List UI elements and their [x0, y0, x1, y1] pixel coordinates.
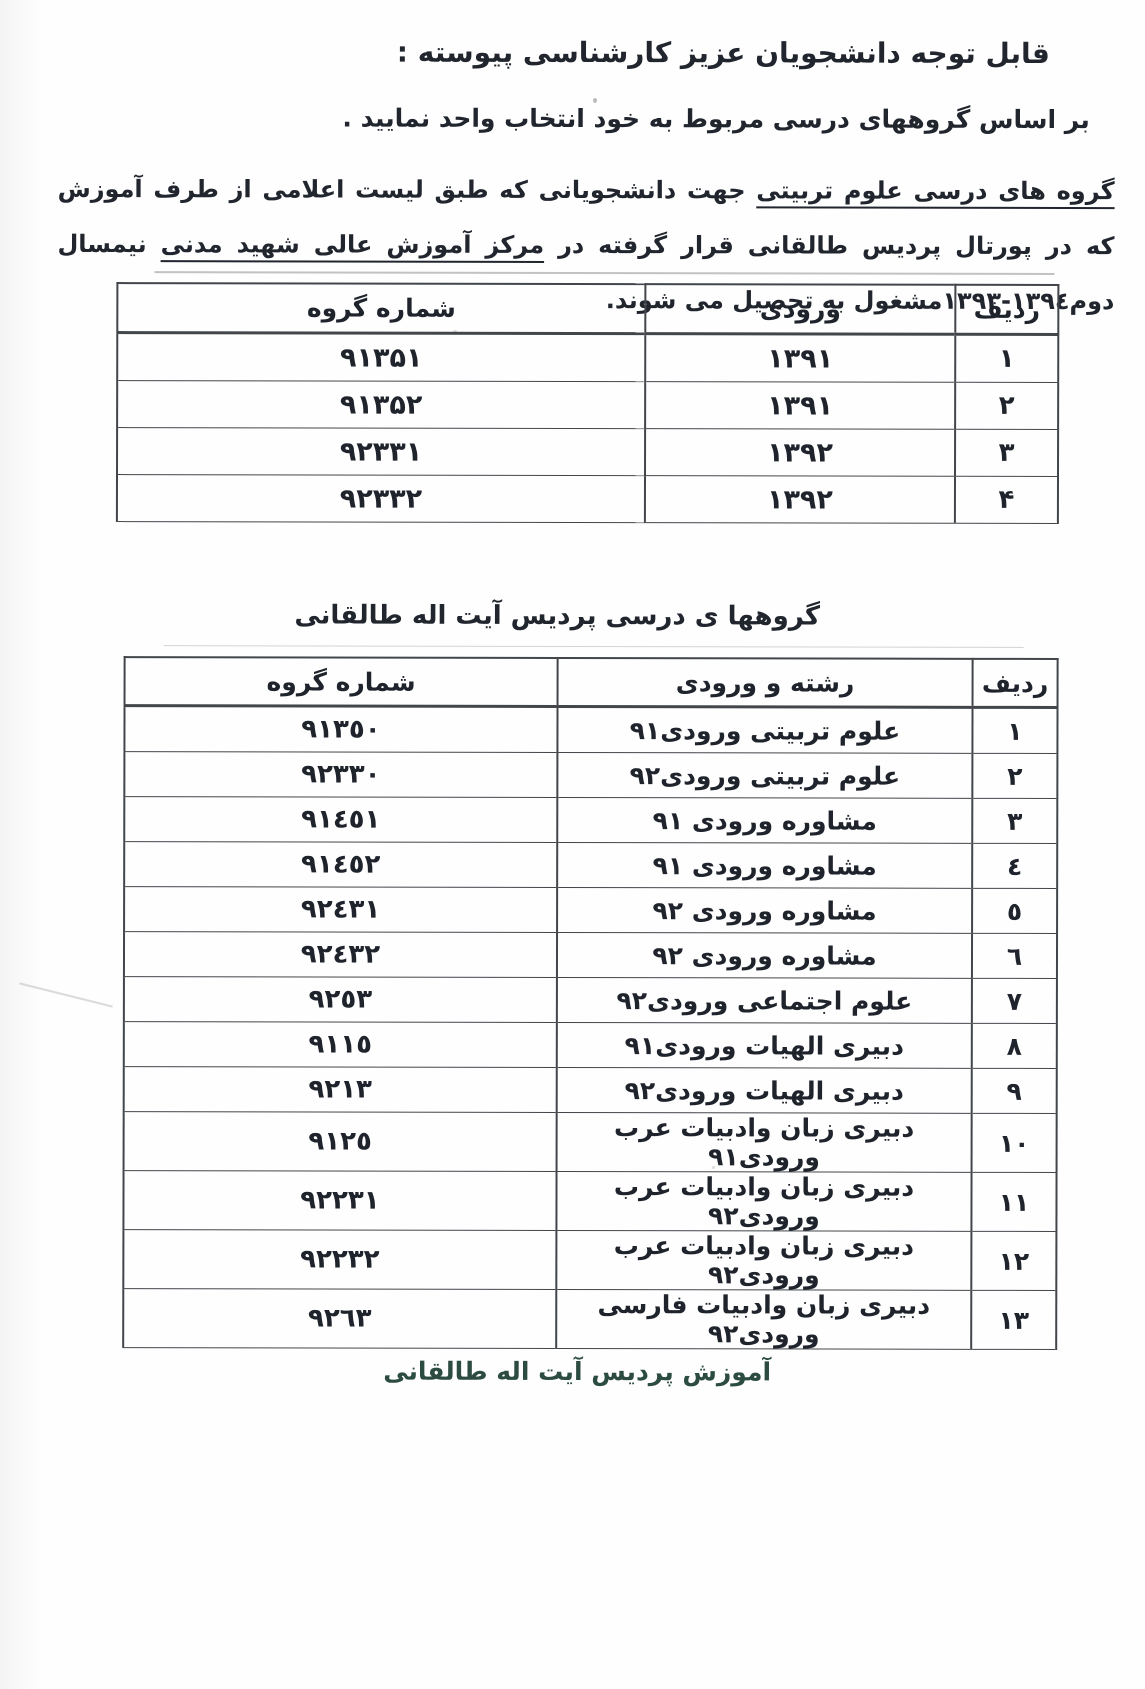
scanned-document-page: قابل توجه دانشجویان عزیز کارشناسی پیوسته… — [0, 0, 1145, 1689]
table-row: ۴ ۱۳۹۲ ۹۲۳۳۲ — [117, 475, 1058, 524]
table-row: ١٠ دبیری زبان وادبیات عرب ورودی۹۱ ٩١٢٥ — [124, 1112, 1057, 1173]
major-entry-cell: علوم تربیتی ورودی۹۱ — [557, 706, 972, 753]
header-row-number: ردیف — [973, 659, 1058, 708]
major-entry-cell: علوم اجتماعی ورودی۹۲ — [557, 977, 972, 1023]
header-row-number: ردیف — [955, 285, 1058, 335]
row-number-cell: ۲ — [955, 382, 1058, 429]
major-entry-cell: دبیری زبان وادبیات فارسی ورودی۹۲ — [556, 1289, 971, 1349]
row-number-cell: ٩ — [972, 1068, 1057, 1113]
row-number-cell: ٢ — [972, 753, 1057, 798]
header-group-number: شماره گروه — [117, 283, 645, 334]
table-header-row: ردیف ورودی شماره گروه — [117, 283, 1058, 334]
major-entry-cell: دبیری زبان وادبیات عرب ورودی۹۲ — [556, 1230, 971, 1290]
table-row: ٥ مشاوره ورودی ۹۲ ٩٢٤٣١ — [124, 887, 1057, 934]
group-number-cell: ٩٢٦٣ — [123, 1289, 556, 1349]
campus-groups-heading: گروهها ی درسی پردیس آیت اله طالقانی — [0, 600, 1116, 632]
group-number-cell: ۹۱۳۵۱ — [117, 333, 645, 382]
group-number-cell: ٩٢٣٣٠ — [124, 752, 557, 798]
entry-year-cell: ۱۳۹۲ — [645, 429, 955, 477]
header-group-number: شماره گروه — [125, 657, 558, 706]
group-number-cell: ٩٢٤٣١ — [124, 887, 557, 933]
table-row: ٢ علوم تربیتی ورودی۹۲ ٩٢٣٣٠ — [124, 752, 1057, 799]
group-number-cell: ۹۲۳۳۲ — [117, 475, 645, 523]
row-number-cell: ٤ — [972, 843, 1057, 888]
row-number-cell: ١٠ — [972, 1113, 1057, 1172]
major-entry-cell: مشاوره ورودی ۹۱ — [557, 842, 972, 888]
row-number-cell: ١٣ — [971, 1290, 1056, 1349]
table-row: ٩ دبیری الهیات ورودی۹۲ ٩٢١٣ — [124, 1067, 1057, 1114]
row-number-cell: ٥ — [972, 888, 1057, 933]
table-row: ٦ مشاوره ورودی ۹۲ ٩٢٤٣٢ — [124, 932, 1057, 979]
table-row: ٨ دبیری الهیات ورودی۹۱ ٩١١٥ — [124, 1022, 1057, 1069]
row-number-cell: ۴ — [955, 476, 1058, 523]
row-number-cell: ١١ — [971, 1172, 1056, 1231]
header-major-entry: رشته و ورودی — [558, 658, 973, 707]
group-number-cell: ٩١٣٥٠ — [124, 706, 557, 753]
row-number-cell: ۱ — [955, 334, 1058, 382]
major-entry-cell: مشاوره ورودی ۹۲ — [557, 887, 972, 933]
underlined-phrase-course-groups: گروه های درسی علوم تربیتی — [756, 176, 1114, 205]
major-entry-cell: مشاوره ورودی ۹۱ — [557, 797, 972, 843]
table-row: ١ علوم تربیتی ورودی۹۱ ٩١٣٥٠ — [124, 706, 1057, 754]
entry-year-cell: ۱۳۹۱ — [645, 334, 955, 383]
table-row: ٣ مشاوره ورودی ۹۱ ٩١٤٥١ — [124, 797, 1057, 844]
row-number-cell: ۳ — [955, 429, 1058, 476]
document-title: قابل توجه دانشجویان عزیز کارشناسی پیوسته… — [397, 36, 1050, 70]
row-number-cell: ٦ — [972, 933, 1057, 978]
group-number-cell: ٩١١٥ — [124, 1022, 557, 1068]
table-row: ١٣ دبیری زبان وادبیات فارسی ورودی۹۲ ٩٢٦٣ — [123, 1289, 1056, 1350]
row-number-cell: ١ — [972, 707, 1057, 753]
document-content: قابل توجه دانشجویان عزیز کارشناسی پیوسته… — [0, 0, 1145, 1]
table-row: ٧ علوم اجتماعی ورودی۹۲ ٩٢٥٣ — [124, 977, 1057, 1024]
row-number-cell: ١٢ — [971, 1231, 1056, 1290]
row-number-cell: ٣ — [972, 798, 1057, 843]
entry-year-cell: ۱۳۹۱ — [645, 382, 955, 430]
entry-year-groups-table: ردیف ورودی شماره گروه ۱ ۱۳۹۱ ۹۱۳۵۱ ۲ ۱۳۹… — [116, 282, 1060, 524]
major-entry-cell: دبیری زبان وادبیات عرب ورودی۹۱ — [557, 1112, 972, 1172]
table-row: ۳ ۱۳۹۲ ۹۲۳۳۱ — [117, 428, 1058, 477]
group-number-cell: ٩١٤٥١ — [124, 797, 557, 843]
major-entry-cell: دبیری زبان وادبیات عرب ورودی۹۲ — [556, 1171, 971, 1231]
table-row: ۱ ۱۳۹۱ ۹۱۳۵۱ — [117, 333, 1058, 383]
group-number-cell: ٩٢١٣ — [124, 1067, 557, 1113]
entry-year-cell: ۱۳۹۲ — [645, 476, 955, 524]
major-entry-cell: علوم تربیتی ورودی۹۲ — [557, 752, 972, 798]
group-number-cell: ٩٢٢٣١ — [123, 1171, 556, 1231]
table-row: ١١ دبیری زبان وادبیات عرب ورودی۹۲ ٩٢٢٣١ — [123, 1171, 1056, 1232]
scan-streak — [19, 982, 113, 1007]
group-number-cell: ٩١٢٥ — [124, 1112, 557, 1172]
major-entry-cell: مشاوره ورودی ۹۲ — [557, 932, 972, 978]
group-number-cell: ٩٢٥٣ — [124, 977, 557, 1023]
group-number-cell: ٩٢٤٣٢ — [124, 932, 557, 978]
table-row: ٤ مشاوره ورودی ۹۱ ٩١٤٥٢ — [124, 842, 1057, 889]
table-header-row: ردیف رشته و ورودی شماره گروه — [125, 657, 1058, 707]
group-number-cell: ٩١٤٥٢ — [124, 842, 557, 888]
campus-course-groups-table: ردیف رشته و ورودی شماره گروه ١ علوم تربی… — [122, 656, 1058, 1350]
group-number-cell: ۹۲۳۳۱ — [117, 428, 645, 476]
underlined-phrase-center-name: مرکز آموزش عالی شهید مدنی — [161, 230, 545, 259]
instruction-line: بر اساس گروههای درسی مربوط به خود انتخاب… — [342, 104, 1089, 135]
education-office-signature: آموزش پردیس آیت اله طالقانی — [12, 1356, 1142, 1387]
row-number-cell: ٧ — [972, 978, 1057, 1023]
group-number-cell: ٩٢٢٣٢ — [123, 1230, 556, 1290]
header-entry-year: ورودی — [645, 284, 955, 334]
scan-speck — [593, 98, 597, 103]
major-entry-cell: دبیری الهیات ورودی۹۲ — [557, 1067, 972, 1113]
scan-edge-shadow — [0, 0, 44, 1689]
row-number-cell: ٨ — [972, 1023, 1057, 1068]
scan-ghost-line — [164, 645, 1024, 648]
major-entry-cell: دبیری الهیات ورودی۹۱ — [557, 1022, 972, 1068]
table-row: ۲ ۱۳۹۱ ۹۱۳۵۲ — [117, 381, 1058, 430]
table-row: ١٢ دبیری زبان وادبیات عرب ورودی۹۲ ٩٢٢٣٢ — [123, 1230, 1056, 1291]
group-number-cell: ۹۱۳۵۲ — [117, 381, 645, 429]
